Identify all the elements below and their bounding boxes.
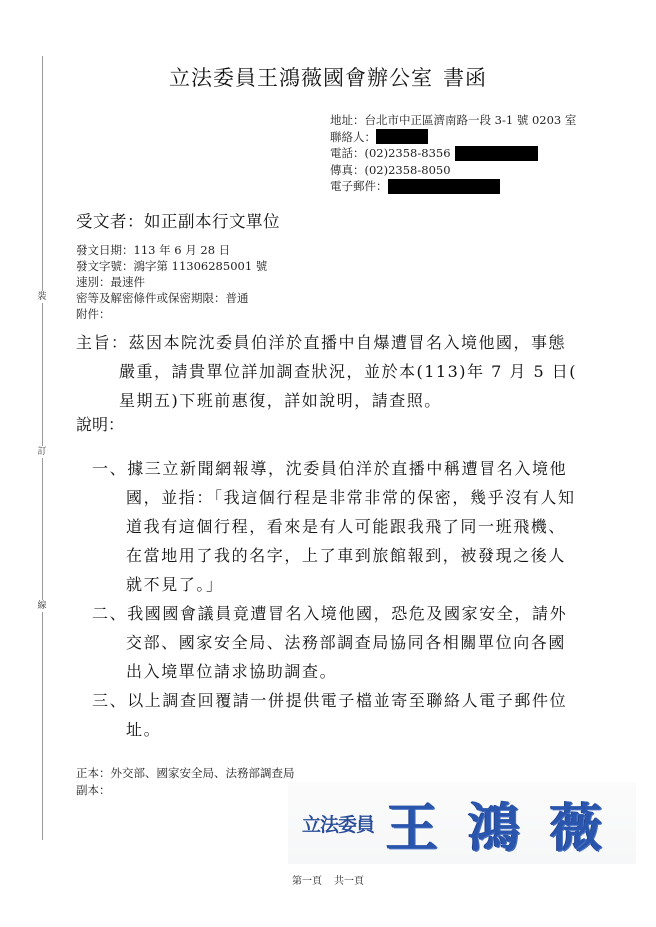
page-number: 第一頁共一頁 xyxy=(0,872,656,887)
email-row: 電子郵件： xyxy=(330,178,576,195)
contact-block: 地址： 台北市中正區濟南路一段 3-1 號 0203 室 聯絡人： 電話： (0… xyxy=(330,112,576,195)
item-text: 據三立新聞網報導，沈委員伯洋於直播中稱遭冒名入境他 xyxy=(127,459,567,478)
item-text: 國，並指：「我這個行程是非常非常的保密，幾乎沒有人知 xyxy=(92,483,576,512)
subject-label: 主旨： xyxy=(76,333,129,352)
signature-name: 王鴻薇 xyxy=(386,786,632,861)
email-redaction xyxy=(388,179,500,194)
fax-value: (02)2358-8050 xyxy=(365,162,451,179)
signature-title: 立法委員 xyxy=(302,810,374,837)
item-text: 交部、國家安全局、法務部調查局協同各相關單位向各國 xyxy=(92,628,576,657)
contact-person-redaction xyxy=(376,129,428,144)
item-number: 三、 xyxy=(92,691,127,710)
item-number: 一、 xyxy=(92,459,127,478)
address-label: 地址： xyxy=(330,112,365,129)
item-text: 我國國會議員竟遭冒名入境他國，恐危及國家安全，請外 xyxy=(127,604,567,623)
explanation-item-2: 二、我國國會議員竟遭冒名入境他國，恐危及國家安全，請外 交部、國家安全局、法務部… xyxy=(92,599,576,686)
issue-date: 發文日期：113 年 6 月 28 日 xyxy=(76,242,267,258)
explanation-item-3: 三、以上調查回覆請一併提供電子檔並寄至聯絡人電子郵件位 址。 xyxy=(92,686,576,744)
classification: 密等及解密條件或保密期限：普通 xyxy=(76,290,267,306)
recipient: 受文者：如正副本行文單位 xyxy=(76,208,280,232)
address-row: 地址： 台北市中正區濟南路一段 3-1 號 0203 室 xyxy=(330,112,576,129)
item-text: 道我有這個行程，看來是有人可能跟我飛了同一班飛機、 xyxy=(92,512,576,541)
document-meta: 發文日期：113 年 6 月 28 日 發文字號：鴻字第 11306285001… xyxy=(76,242,267,322)
page-current: 第一頁 xyxy=(292,876,322,887)
phone-label: 電話： xyxy=(330,145,365,162)
subject-line-2: 嚴重，請貴單位詳加調查狀況，並於本(113)年 7 月 5 日( xyxy=(76,357,616,386)
signature-stamp: 立法委員 王鴻薇 xyxy=(288,782,636,864)
explanation-item-1: 一、據三立新聞網報導，沈委員伯洋於直播中稱遭冒名入境他 國，並指：「我這個行程是… xyxy=(92,454,576,599)
page-total: 共一頁 xyxy=(334,876,364,887)
urgency: 速別：最速件 xyxy=(76,274,267,290)
item-text: 出入境單位請求協助調查。 xyxy=(92,657,576,686)
document-type: 書函 xyxy=(443,66,487,90)
item-number: 二、 xyxy=(92,604,127,623)
subject-text: 茲因本院沈委員伯洋於直播中自爆遭冒名入境他國，事態 xyxy=(129,333,567,352)
document-title: 立法委員王鴻薇國會辦公室書函 xyxy=(0,62,656,92)
email-label: 電子郵件： xyxy=(330,178,388,195)
binding-mark-ding: 訂 xyxy=(35,446,49,458)
distribution-block: 正本：外交部、國家安全局、法務部調查局 副本： xyxy=(76,765,295,799)
subject-section: 主旨：茲因本院沈委員伯洋於直播中自爆遭冒名入境他國，事態 嚴重，請貴單位詳加調查… xyxy=(76,328,616,415)
explanation-items: 一、據三立新聞網報導，沈委員伯洋於直播中稱遭冒名入境他 國，並指：「我這個行程是… xyxy=(92,454,576,744)
contact-person-label: 聯絡人： xyxy=(330,129,376,146)
official-letter-page: 裝 訂 線 立法委員王鴻薇國會辦公室書函 地址： 台北市中正區濟南路一段 3-1… xyxy=(0,0,656,927)
item-text: 址。 xyxy=(92,715,576,744)
fax-row: 傳真： (02)2358-8050 xyxy=(330,162,576,179)
phone-value: (02)2358-8356 xyxy=(365,145,451,162)
original-recipients: 正本：外交部、國家安全局、法務部調查局 xyxy=(76,765,295,782)
document-number: 發文字號：鴻字第 11306285001 號 xyxy=(76,258,267,274)
explanation-label: 說明： xyxy=(76,412,124,435)
item-text: 以上調查回覆請一併提供電子檔並寄至聯絡人電子郵件位 xyxy=(127,691,567,710)
fax-label: 傳真： xyxy=(330,162,365,179)
subject-line-1: 主旨：茲因本院沈委員伯洋於直播中自爆遭冒名入境他國，事態 xyxy=(76,328,616,357)
address-value: 台北市中正區濟南路一段 3-1 號 0203 室 xyxy=(365,112,577,129)
office-name: 立法委員王鴻薇國會辦公室 xyxy=(169,66,433,90)
item-text: 在當地用了我的名字，上了車到旅館報到，被發現之後人 xyxy=(92,541,576,570)
phone-ext-redaction xyxy=(455,146,538,161)
binding-mark-xian: 線 xyxy=(35,600,49,612)
subject-line-3: 星期五)下班前惠復，詳如說明，請查照。 xyxy=(76,386,616,415)
copy-recipients: 副本： xyxy=(76,782,295,799)
attachments: 附件： xyxy=(76,306,267,322)
binding-mark-zhuang: 裝 xyxy=(35,291,49,303)
item-text: 就不見了。」 xyxy=(92,570,576,599)
contact-person-row: 聯絡人： xyxy=(330,129,576,146)
phone-row: 電話： (02)2358-8356 xyxy=(330,145,576,162)
